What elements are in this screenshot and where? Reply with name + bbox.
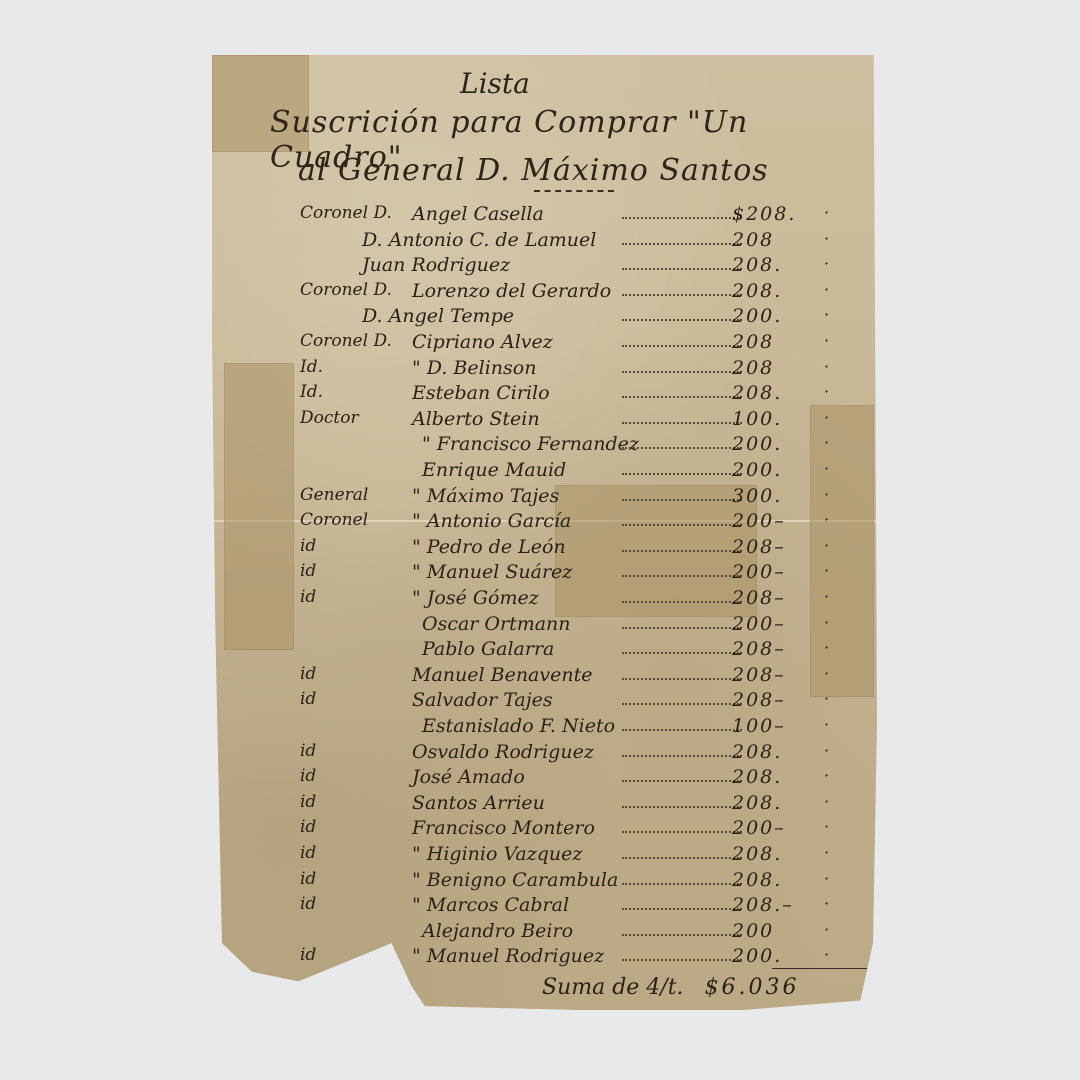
- entry-rank: Coronel D.: [300, 203, 410, 223]
- entry-rank: Id.: [300, 357, 410, 377]
- entry-name: Esteban Cirilo: [412, 382, 550, 404]
- tick-mark: ·: [824, 408, 829, 427]
- list-item: id" Manuel Suárez200–·: [212, 561, 877, 589]
- leader-dots: [622, 371, 742, 373]
- entry-name: Alberto Stein: [412, 408, 540, 430]
- list-item: idSantos Arrieu208.·: [212, 792, 877, 820]
- tick-mark: ·: [824, 561, 829, 580]
- leader-dots: [622, 729, 742, 731]
- tick-mark: ·: [824, 280, 829, 299]
- entry-rank: id: [300, 561, 410, 581]
- entry-name: " Antonio García: [412, 510, 571, 532]
- entry-rank: id: [300, 817, 410, 837]
- list-item: id" Benigno Carambula208.·: [212, 869, 877, 897]
- tick-mark: ·: [824, 817, 829, 836]
- tick-mark: ·: [824, 664, 829, 683]
- entry-amount: 200.: [732, 305, 782, 327]
- tick-mark: ·: [824, 254, 829, 273]
- list-item: idFrancisco Montero200–·: [212, 817, 877, 845]
- entry-rank: Coronel D.: [300, 280, 410, 300]
- leader-dots: [622, 627, 742, 629]
- list-item: DoctorAlberto Stein100.·: [212, 408, 877, 436]
- entry-amount: $208.: [732, 203, 796, 225]
- entry-rank: Coronel: [300, 510, 410, 530]
- total-amount: $6.036: [705, 975, 800, 1000]
- leader-dots: [622, 831, 742, 833]
- tick-mark: ·: [824, 689, 829, 708]
- leader-dots: [622, 934, 742, 936]
- tick-mark: ·: [824, 587, 829, 606]
- list-item: idOsvaldo Rodriguez208.·: [212, 741, 877, 769]
- leader-dots: [622, 345, 742, 347]
- leader-dots: [622, 243, 742, 245]
- entry-rank: id: [300, 741, 410, 761]
- title-heading: Lista: [460, 67, 530, 100]
- entry-rank: id: [300, 869, 410, 889]
- title-line-2: al General D. Máximo Santos: [298, 153, 769, 188]
- leader-dots: [622, 499, 742, 501]
- tick-mark: ·: [824, 331, 829, 350]
- entry-amount: 100.: [732, 408, 782, 430]
- total-line: Suma de 4/t. $6.036: [542, 975, 800, 1000]
- entry-name: Manuel Benavente: [412, 664, 592, 686]
- list-item: Estanislado F. Nieto100–·: [212, 715, 877, 743]
- entry-name: " Higinio Vazquez: [412, 843, 582, 865]
- entry-amount: 208.: [732, 792, 782, 814]
- entry-name: " Manuel Suárez: [412, 561, 572, 583]
- list-item: idSalvador Tajes208–·: [212, 689, 877, 717]
- list-item: " Francisco Fernandez200.·: [212, 433, 877, 461]
- tick-mark: ·: [824, 203, 829, 222]
- entry-rank: id: [300, 587, 410, 607]
- entry-rank: id: [300, 664, 410, 684]
- tick-mark: ·: [824, 843, 829, 862]
- entry-name: " Máximo Tajes: [412, 485, 559, 507]
- entry-rank: Doctor: [300, 408, 410, 428]
- entry-rank: General: [300, 485, 410, 505]
- entry-name: " Manuel Rodriguez: [412, 945, 604, 967]
- entry-name: " D. Belinson: [412, 357, 536, 379]
- entry-name: Salvador Tajes: [412, 689, 553, 711]
- entry-amount: 200.: [732, 433, 782, 455]
- list-item: idManuel Benavente208–·: [212, 664, 877, 692]
- entry-name: Cipriano Alvez: [412, 331, 553, 353]
- tick-mark: ·: [824, 945, 829, 964]
- tick-mark: ·: [824, 229, 829, 248]
- list-item: Coronel D.Cipriano Alvez208·: [212, 331, 877, 359]
- entry-amount: 200–: [732, 561, 786, 583]
- entry-amount: 300.: [732, 485, 782, 507]
- list-item: Coronel" Antonio García200–·: [212, 510, 877, 538]
- list-item: Oscar Ortmann200–·: [212, 613, 877, 641]
- entry-name: D. Antonio C. de Lamuel: [362, 229, 596, 251]
- total-label: Suma de 4/t.: [542, 975, 684, 1000]
- tick-mark: ·: [824, 792, 829, 811]
- entry-amount: 208–: [732, 664, 786, 686]
- leader-dots: [622, 780, 742, 782]
- entry-amount: 208: [732, 229, 774, 251]
- title-divider: [534, 190, 614, 192]
- entry-rank: Coronel D.: [300, 331, 410, 351]
- tick-mark: ·: [824, 510, 829, 529]
- leader-dots: [622, 959, 742, 961]
- tick-mark: ·: [824, 536, 829, 555]
- list-item: Id." D. Belinson208·: [212, 357, 877, 385]
- entry-rank: id: [300, 689, 410, 709]
- list-item: id" Pedro de León208–·: [212, 536, 877, 564]
- tick-mark: ·: [824, 920, 829, 939]
- list-item: Id.Esteban Cirilo208.·: [212, 382, 877, 410]
- tick-mark: ·: [824, 382, 829, 401]
- tick-mark: ·: [824, 766, 829, 785]
- leader-dots: [622, 396, 742, 398]
- entry-name: Pablo Galarra: [422, 638, 554, 660]
- list-item: Coronel D.Angel Casella$208.·: [212, 203, 877, 231]
- entry-name: Lorenzo del Gerardo: [412, 280, 611, 302]
- leader-dots: [622, 601, 742, 603]
- entry-amount: 200: [732, 920, 774, 942]
- entry-amount: 200–: [732, 817, 786, 839]
- entry-name: " Marcos Cabral: [412, 894, 569, 916]
- entry-amount: 208.: [732, 741, 782, 763]
- entry-rank: id: [300, 945, 410, 965]
- list-item: General" Máximo Tajes300.·: [212, 485, 877, 513]
- entry-amount: 208–: [732, 587, 786, 609]
- entry-amount: 208–: [732, 536, 786, 558]
- entry-name: Estanislado F. Nieto: [422, 715, 615, 737]
- entry-name: Juan Rodriguez: [362, 254, 510, 276]
- tick-mark: ·: [824, 433, 829, 452]
- entry-name: " Benigno Carambula: [412, 869, 618, 891]
- tick-mark: ·: [824, 485, 829, 504]
- entry-name: Francisco Montero: [412, 817, 595, 839]
- entry-amount: 208: [732, 331, 774, 353]
- entry-amount: 208: [732, 357, 774, 379]
- tick-mark: ·: [824, 715, 829, 734]
- tick-mark: ·: [824, 638, 829, 657]
- entry-name: Enrique Mauid: [422, 459, 566, 481]
- entry-name: " Francisco Fernandez: [422, 433, 639, 455]
- list-item: Pablo Galarra208–·: [212, 638, 877, 666]
- list-item: Juan Rodriguez208.·: [212, 254, 877, 282]
- entry-name: Osvaldo Rodriguez: [412, 741, 594, 763]
- entry-rank: id: [300, 536, 410, 556]
- entry-amount: 200.: [732, 945, 782, 967]
- list-item: id" José Gómez208–·: [212, 587, 877, 615]
- entry-amount: 200–: [732, 613, 786, 635]
- leader-dots: [622, 883, 742, 885]
- entry-rank: id: [300, 792, 410, 812]
- entry-amount: 200–: [732, 510, 786, 532]
- list-item: Enrique Mauid200.·: [212, 459, 877, 487]
- entry-name: " Pedro de León: [412, 536, 566, 558]
- handwritten-document: Lista Suscrición para Comprar "Un Cuadro…: [212, 55, 877, 1010]
- entry-amount: 208.: [732, 766, 782, 788]
- entry-amount: 208.–: [732, 894, 794, 916]
- tick-mark: ·: [824, 741, 829, 760]
- entry-name: " José Gómez: [412, 587, 539, 609]
- total-divider: [772, 968, 867, 969]
- list-item: Coronel D.Lorenzo del Gerardo208.·: [212, 280, 877, 308]
- entry-amount: 100–: [732, 715, 786, 737]
- list-item: id" Marcos Cabral208.–·: [212, 894, 877, 922]
- leader-dots: [622, 857, 742, 859]
- leader-dots: [622, 422, 742, 424]
- entry-amount: 208.: [732, 843, 782, 865]
- leader-dots: [622, 524, 742, 526]
- tick-mark: ·: [824, 894, 829, 913]
- leader-dots: [622, 703, 742, 705]
- list-item: idJosé Amado208.·: [212, 766, 877, 794]
- leader-dots: [622, 473, 742, 475]
- tick-mark: ·: [824, 869, 829, 888]
- entry-amount: 208.: [732, 280, 782, 302]
- tick-mark: ·: [824, 613, 829, 632]
- entry-rank: id: [300, 843, 410, 863]
- leader-dots: [622, 652, 742, 654]
- entry-name: Santos Arrieu: [412, 792, 545, 814]
- leader-dots: [622, 550, 742, 552]
- entry-amount: 208.: [732, 869, 782, 891]
- tick-mark: ·: [824, 357, 829, 376]
- entry-rank: id: [300, 894, 410, 914]
- entry-name: José Amado: [412, 766, 525, 788]
- entry-name: Angel Casella: [412, 203, 544, 225]
- leader-dots: [622, 447, 742, 449]
- leader-dots: [622, 268, 742, 270]
- tick-mark: ·: [824, 459, 829, 478]
- entry-amount: 208.: [732, 254, 782, 276]
- leader-dots: [622, 678, 742, 680]
- list-item: D. Angel Tempe200.·: [212, 305, 877, 333]
- list-item: Alejandro Beiro200·: [212, 920, 877, 948]
- leader-dots: [622, 319, 742, 321]
- list-item: id" Manuel Rodriguez200.·: [212, 945, 877, 973]
- entry-amount: 208.: [732, 382, 782, 404]
- leader-dots: [622, 755, 742, 757]
- list-item: D. Antonio C. de Lamuel208·: [212, 229, 877, 257]
- entry-name: D. Angel Tempe: [362, 305, 514, 327]
- leader-dots: [622, 217, 742, 219]
- leader-dots: [622, 575, 742, 577]
- entry-name: Alejandro Beiro: [422, 920, 573, 942]
- entry-rank: Id.: [300, 382, 410, 402]
- entry-name: Oscar Ortmann: [422, 613, 571, 635]
- entry-amount: 208–: [732, 638, 786, 660]
- entry-rank: id: [300, 766, 410, 786]
- tick-mark: ·: [824, 305, 829, 324]
- entry-amount: 200.: [732, 459, 782, 481]
- entry-amount: 208–: [732, 689, 786, 711]
- list-item: id" Higinio Vazquez208.·: [212, 843, 877, 871]
- leader-dots: [622, 294, 742, 296]
- leader-dots: [622, 908, 742, 910]
- leader-dots: [622, 806, 742, 808]
